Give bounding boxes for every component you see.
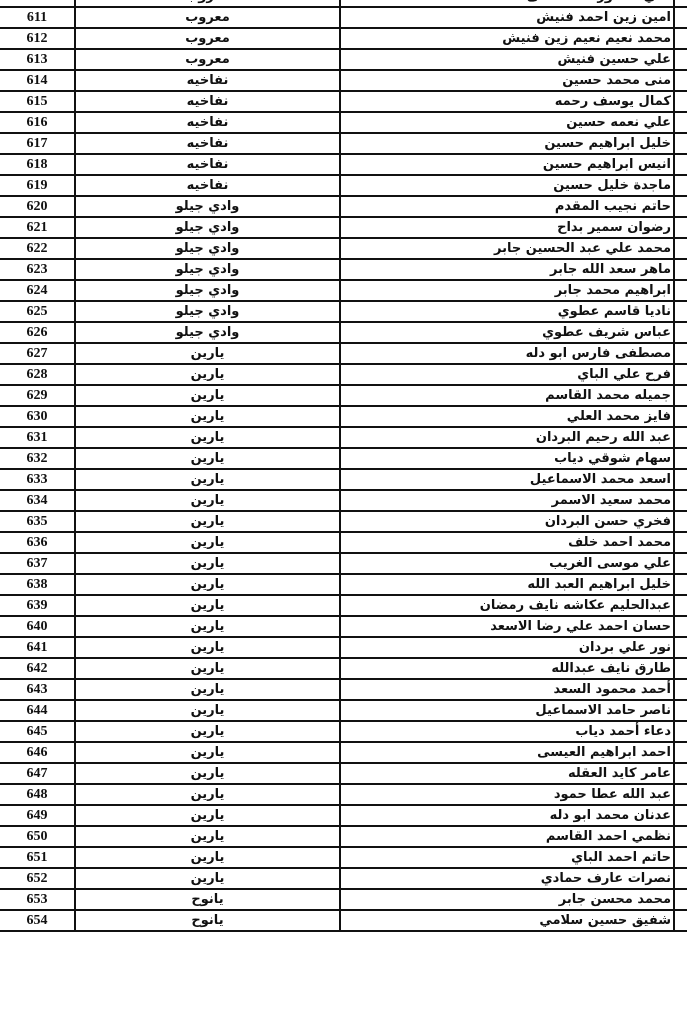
edge-cell xyxy=(674,7,687,28)
edge-cell xyxy=(674,364,687,385)
table-row: 626 وادي جيلو عباس شريف عطوي xyxy=(0,322,687,343)
row-number: 633 xyxy=(0,469,75,490)
village-cell: يارين xyxy=(75,679,340,700)
name-cell: ماهر سعد الله جابر xyxy=(340,259,674,280)
name-cell: فايز محمد العلي xyxy=(340,406,674,427)
edge-cell xyxy=(674,322,687,343)
village-cell: يارين xyxy=(75,406,340,427)
edge-cell xyxy=(674,175,687,196)
row-number: 616 xyxy=(0,112,75,133)
name-cell: عبد الله رحيم البردان xyxy=(340,427,674,448)
village-cell: وادي جيلو xyxy=(75,259,340,280)
name-cell: عامر كايد العقله xyxy=(340,763,674,784)
edge-cell xyxy=(674,763,687,784)
village-cell: يارين xyxy=(75,700,340,721)
table-row: 651 يارين حاتم احمد الباي xyxy=(0,847,687,868)
village-cell: يارين xyxy=(75,385,340,406)
name-cell: محمد علي عبد الحسين جابر xyxy=(340,238,674,259)
row-number: 629 xyxy=(0,385,75,406)
row-number: 651 xyxy=(0,847,75,868)
name-cell: انيس ابراهيم حسين xyxy=(340,154,674,175)
name-cell: نور علي بردان xyxy=(340,637,674,658)
village-cell: نفاخيه xyxy=(75,133,340,154)
village-cell: يارين xyxy=(75,805,340,826)
edge-cell xyxy=(674,826,687,847)
table-row: 630 يارين فايز محمد العلي xyxy=(0,406,687,427)
row-number: 627 xyxy=(0,343,75,364)
village-cell: نفاخيه xyxy=(75,175,340,196)
village-cell: وادي جيلو xyxy=(75,217,340,238)
edge-cell xyxy=(674,679,687,700)
row-number: 652 xyxy=(0,868,75,889)
table-row: 629 يارين جميله محمد القاسم xyxy=(0,385,687,406)
table-row: 628 يارين فرح علي الباي xyxy=(0,364,687,385)
table-row: 619 نفاخيه ماجدة خليل حسين xyxy=(0,175,687,196)
edge-cell xyxy=(674,784,687,805)
name-cell: محمد سعيد الاسمر xyxy=(340,490,674,511)
village-cell: يارين xyxy=(75,616,340,637)
table-row: 634 يارين محمد سعيد الاسمر xyxy=(0,490,687,511)
table-row: 615 نفاخيه كمال يوسف رحمه xyxy=(0,91,687,112)
edge-cell xyxy=(674,70,687,91)
edge-cell xyxy=(674,343,687,364)
table-row: 649 يارين عدنان محمد ابو دله xyxy=(0,805,687,826)
village-cell: يارين xyxy=(75,637,340,658)
table-row: 648 يارين عبد الله عطا حمود xyxy=(0,784,687,805)
village-cell: يارين xyxy=(75,553,340,574)
name-cell: علي موسى الغريب xyxy=(340,553,674,574)
row-number: 644 xyxy=(0,700,75,721)
edge-cell xyxy=(674,637,687,658)
row-number: 630 xyxy=(0,406,75,427)
edge-cell xyxy=(674,469,687,490)
table-row: 650 يارين نظمي احمد القاسم xyxy=(0,826,687,847)
row-number: 643 xyxy=(0,679,75,700)
edge-cell xyxy=(674,742,687,763)
row-number: 632 xyxy=(0,448,75,469)
name-cell: حاتم نجيب المقدم xyxy=(340,196,674,217)
village-cell: يارين xyxy=(75,511,340,532)
edge-cell xyxy=(674,427,687,448)
row-number: 621 xyxy=(0,217,75,238)
table-row: 624 وادي جيلو ابراهيم محمد جابر xyxy=(0,280,687,301)
row-number: 612 xyxy=(0,28,75,49)
table-row: 627 يارين مصطفى فارس ابو دله xyxy=(0,343,687,364)
row-number: 638 xyxy=(0,574,75,595)
edge-cell xyxy=(674,154,687,175)
name-cell: سهام شوقي دياب xyxy=(340,448,674,469)
edge-cell xyxy=(674,385,687,406)
edge-cell xyxy=(674,805,687,826)
village-cell: يارين xyxy=(75,343,340,364)
name-cell: اسعد محمد الاسماعيل xyxy=(340,469,674,490)
edge-cell xyxy=(674,259,687,280)
table-row: 620 وادي جيلو حاتم نجيب المقدم xyxy=(0,196,687,217)
name-cell: أحمد محمود السعد xyxy=(340,679,674,700)
table-row: 653 يانوح محمد محسن جابر xyxy=(0,889,687,910)
name-cell: فرح علي الباي xyxy=(340,364,674,385)
table-row: 637 يارين علي موسى الغريب xyxy=(0,553,687,574)
row-number: 640 xyxy=(0,616,75,637)
row-number: 617 xyxy=(0,133,75,154)
table-row: 614 نفاخيه منى محمد حسين xyxy=(0,70,687,91)
row-number: 613 xyxy=(0,49,75,70)
village-cell: نفاخيه xyxy=(75,154,340,175)
edge-cell xyxy=(674,301,687,322)
table-row: 623 وادي جيلو ماهر سعد الله جابر xyxy=(0,259,687,280)
village-cell: وادي جيلو xyxy=(75,196,340,217)
row-number: 624 xyxy=(0,280,75,301)
row-number: 647 xyxy=(0,763,75,784)
name-cell: دعاء أحمد دياب xyxy=(340,721,674,742)
edge-cell xyxy=(674,532,687,553)
edge-cell xyxy=(674,406,687,427)
name-cell: خليل ابراهيم العبد الله xyxy=(340,574,674,595)
village-cell: نفاخيه xyxy=(75,70,340,91)
row-number: 610 xyxy=(0,0,75,7)
village-cell: يارين xyxy=(75,742,340,763)
row-number: 625 xyxy=(0,301,75,322)
village-cell: يارين xyxy=(75,364,340,385)
edge-cell xyxy=(674,217,687,238)
row-number: 628 xyxy=(0,364,75,385)
table-row: 632 يارين سهام شوقي دياب xyxy=(0,448,687,469)
village-cell: نفاخيه xyxy=(75,91,340,112)
village-cell: يارين xyxy=(75,532,340,553)
edge-cell xyxy=(674,490,687,511)
table-row: 644 يارين ناصر حامد الاسماعيل xyxy=(0,700,687,721)
table-row: 610 معروب علي منصور المصطفى xyxy=(0,0,687,7)
edge-cell xyxy=(674,280,687,301)
row-number: 611 xyxy=(0,7,75,28)
edge-cell xyxy=(674,133,687,154)
row-number: 650 xyxy=(0,826,75,847)
village-cell: يارين xyxy=(75,469,340,490)
village-cell: يارين xyxy=(75,868,340,889)
village-cell: يارين xyxy=(75,721,340,742)
village-cell: يارين xyxy=(75,784,340,805)
edge-cell xyxy=(674,910,687,931)
edge-cell xyxy=(674,238,687,259)
village-cell: وادي جيلو xyxy=(75,322,340,343)
table-row: 638 يارين خليل ابراهيم العبد الله xyxy=(0,574,687,595)
table-row: 618 نفاخيه انيس ابراهيم حسين xyxy=(0,154,687,175)
row-number: 620 xyxy=(0,196,75,217)
name-cell: شفيق حسين سلامي xyxy=(340,910,674,931)
row-number: 634 xyxy=(0,490,75,511)
name-cell: طارق نايف عبدالله xyxy=(340,658,674,679)
village-cell: نفاخيه xyxy=(75,112,340,133)
edge-cell xyxy=(674,28,687,49)
edge-cell xyxy=(674,700,687,721)
edge-cell xyxy=(674,658,687,679)
village-cell: يارين xyxy=(75,826,340,847)
edge-cell xyxy=(674,511,687,532)
edge-cell xyxy=(674,616,687,637)
row-number: 648 xyxy=(0,784,75,805)
row-number: 636 xyxy=(0,532,75,553)
name-cell: محمد نعيم نعيم زين فنيش xyxy=(340,28,674,49)
name-cell: مصطفى فارس ابو دله xyxy=(340,343,674,364)
village-cell: يارين xyxy=(75,574,340,595)
name-cell: حاتم احمد الباي xyxy=(340,847,674,868)
village-cell: يارين xyxy=(75,490,340,511)
table-row: 647 يارين عامر كايد العقله xyxy=(0,763,687,784)
edge-cell xyxy=(674,595,687,616)
table-row: 635 يارين فخري حسن البردان xyxy=(0,511,687,532)
row-number: 649 xyxy=(0,805,75,826)
table-row: 640 يارين حسان احمد علي رضا الاسعد xyxy=(0,616,687,637)
table-row: 642 يارين طارق نايف عبدالله xyxy=(0,658,687,679)
village-cell: يارين xyxy=(75,658,340,679)
table-row: 643 يارين أحمد محمود السعد xyxy=(0,679,687,700)
village-cell: يانوح xyxy=(75,910,340,931)
row-number: 645 xyxy=(0,721,75,742)
village-cell: يارين xyxy=(75,427,340,448)
village-cell: معروب xyxy=(75,28,340,49)
village-cell: يارين xyxy=(75,595,340,616)
name-cell: محمد احمد خلف xyxy=(340,532,674,553)
village-cell: يارين xyxy=(75,763,340,784)
village-cell: وادي جيلو xyxy=(75,238,340,259)
name-cell: محمد محسن جابر xyxy=(340,889,674,910)
row-number: 637 xyxy=(0,553,75,574)
table-row: 646 يارين احمد ابراهيم العيسى xyxy=(0,742,687,763)
table-row: 625 وادي جيلو ناديا قاسم عطوي xyxy=(0,301,687,322)
name-cell: عبدالحليم عكاشه نايف رمضان xyxy=(340,595,674,616)
edge-cell xyxy=(674,889,687,910)
name-cell: منى محمد حسين xyxy=(340,70,674,91)
village-cell: وادي جيلو xyxy=(75,301,340,322)
table-row: 612 معروب محمد نعيم نعيم زين فنيش xyxy=(0,28,687,49)
edge-cell xyxy=(674,721,687,742)
row-number: 653 xyxy=(0,889,75,910)
village-cell: معروب xyxy=(75,49,340,70)
edge-cell xyxy=(674,196,687,217)
name-cell: امين زين احمد فنيش xyxy=(340,7,674,28)
name-cell: جميله محمد القاسم xyxy=(340,385,674,406)
table-row: 641 يارين نور علي بردان xyxy=(0,637,687,658)
row-number: 615 xyxy=(0,91,75,112)
name-cell: نظمي احمد القاسم xyxy=(340,826,674,847)
name-cell: فخري حسن البردان xyxy=(340,511,674,532)
name-cell: عدنان محمد ابو دله xyxy=(340,805,674,826)
table-row: 611 معروب امين زين احمد فنيش xyxy=(0,7,687,28)
row-number: 641 xyxy=(0,637,75,658)
village-cell: يانوح xyxy=(75,889,340,910)
village-cell: معروب xyxy=(75,0,340,7)
edge-cell xyxy=(674,0,687,7)
name-cell: ناصر حامد الاسماعيل xyxy=(340,700,674,721)
row-number: 626 xyxy=(0,322,75,343)
table-row: 654 يانوح شفيق حسين سلامي xyxy=(0,910,687,931)
document-sheet: 610 معروب علي منصور المصطفى 611 معروب ام… xyxy=(0,0,687,932)
edge-cell xyxy=(674,574,687,595)
names-table: 610 معروب علي منصور المصطفى 611 معروب ام… xyxy=(0,0,687,932)
name-cell: ناديا قاسم عطوي xyxy=(340,301,674,322)
village-cell: معروب xyxy=(75,7,340,28)
name-cell: خليل ابراهيم حسين xyxy=(340,133,674,154)
row-number: 619 xyxy=(0,175,75,196)
row-number: 646 xyxy=(0,742,75,763)
table-row: 633 يارين اسعد محمد الاسماعيل xyxy=(0,469,687,490)
row-number: 622 xyxy=(0,238,75,259)
table-row: 639 يارين عبدالحليم عكاشه نايف رمضان xyxy=(0,595,687,616)
village-cell: يارين xyxy=(75,847,340,868)
row-number: 614 xyxy=(0,70,75,91)
table-row: 617 نفاخيه خليل ابراهيم حسين xyxy=(0,133,687,154)
row-number: 654 xyxy=(0,910,75,931)
edge-cell xyxy=(674,49,687,70)
name-cell: رضوان سمير بداح xyxy=(340,217,674,238)
edge-cell xyxy=(674,112,687,133)
row-number: 635 xyxy=(0,511,75,532)
edge-cell xyxy=(674,448,687,469)
table-body: 610 معروب علي منصور المصطفى 611 معروب ام… xyxy=(0,0,687,931)
name-cell: علي نعمه حسين xyxy=(340,112,674,133)
name-cell: علي حسين فنيش xyxy=(340,49,674,70)
name-cell: ماجدة خليل حسين xyxy=(340,175,674,196)
edge-cell xyxy=(674,847,687,868)
edge-cell xyxy=(674,868,687,889)
edge-cell xyxy=(674,91,687,112)
table-row: 652 يارين نصرات عارف حمادي xyxy=(0,868,687,889)
name-cell: احمد ابراهيم العيسى xyxy=(340,742,674,763)
row-number: 623 xyxy=(0,259,75,280)
name-cell: نصرات عارف حمادي xyxy=(340,868,674,889)
name-cell: كمال يوسف رحمه xyxy=(340,91,674,112)
row-number: 631 xyxy=(0,427,75,448)
row-number: 618 xyxy=(0,154,75,175)
table-row: 616 نفاخيه علي نعمه حسين xyxy=(0,112,687,133)
name-cell: عباس شريف عطوي xyxy=(340,322,674,343)
table-row: 622 وادي جيلو محمد علي عبد الحسين جابر xyxy=(0,238,687,259)
table-row: 613 معروب علي حسين فنيش xyxy=(0,49,687,70)
table-row: 621 وادي جيلو رضوان سمير بداح xyxy=(0,217,687,238)
name-cell: عبد الله عطا حمود xyxy=(340,784,674,805)
village-cell: وادي جيلو xyxy=(75,280,340,301)
row-number: 642 xyxy=(0,658,75,679)
table-row: 645 يارين دعاء أحمد دياب xyxy=(0,721,687,742)
table-row: 631 يارين عبد الله رحيم البردان xyxy=(0,427,687,448)
name-cell: علي منصور المصطفى xyxy=(340,0,674,7)
name-cell: ابراهيم محمد جابر xyxy=(340,280,674,301)
name-cell: حسان احمد علي رضا الاسعد xyxy=(340,616,674,637)
village-cell: يارين xyxy=(75,448,340,469)
table-row: 636 يارين محمد احمد خلف xyxy=(0,532,687,553)
row-number: 639 xyxy=(0,595,75,616)
edge-cell xyxy=(674,553,687,574)
